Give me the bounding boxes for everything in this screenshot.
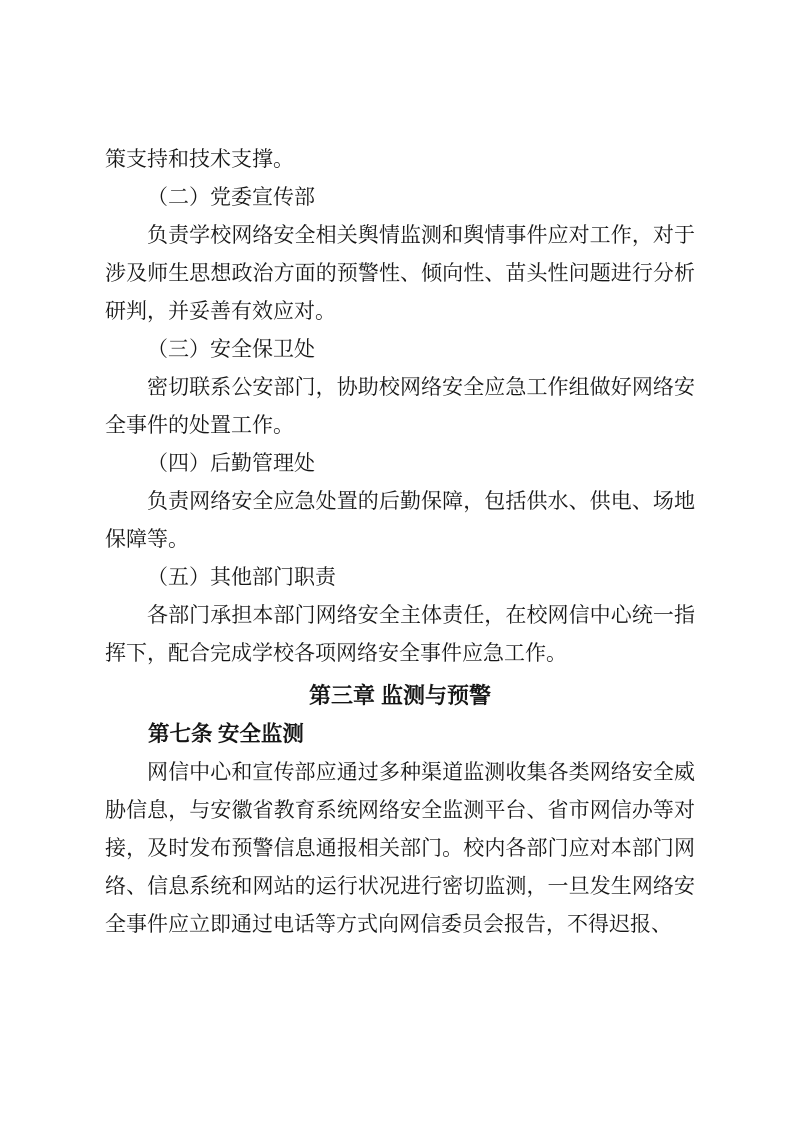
para-subsection-4-title: （四）后勤管理处 — [105, 444, 695, 482]
article-7-heading: 第七条 安全监测 — [105, 715, 695, 753]
chapter-3-heading: 第三章 监测与预警 — [105, 677, 695, 715]
para-subsection-4-body: 负责网络安全应急处置的后勤保障，包括供水、供电、场地保障等。 — [105, 482, 695, 558]
para-subsection-3-title: （三）安全保卫处 — [105, 330, 695, 368]
para-subsection-5-body: 各部门承担本部门网络安全主体责任，在校网信中心统一指挥下，配合完成学校各项网络安… — [105, 596, 695, 672]
para-subsection-2-body: 负责学校网络安全相关舆情监测和舆情事件应对工作，对于涉及师生思想政治方面的预警性… — [105, 216, 695, 330]
document-page: 策支持和技术支撑。 （二）党委宣传部 负责学校网络安全相关舆情监测和舆情事件应对… — [0, 0, 793, 1122]
para-article-7-body: 网信中心和宣传部应通过多种渠道监测收集各类网络安全威胁信息，与安徽省教育系统网络… — [105, 753, 695, 943]
para-continuation: 策支持和技术支撑。 — [105, 140, 695, 178]
para-subsection-5-title: （五）其他部门职责 — [105, 558, 695, 596]
para-subsection-2-title: （二）党委宣传部 — [105, 178, 695, 216]
para-subsection-3-body: 密切联系公安部门，协助校网络安全应急工作组做好网络安全事件的处置工作。 — [105, 368, 695, 444]
